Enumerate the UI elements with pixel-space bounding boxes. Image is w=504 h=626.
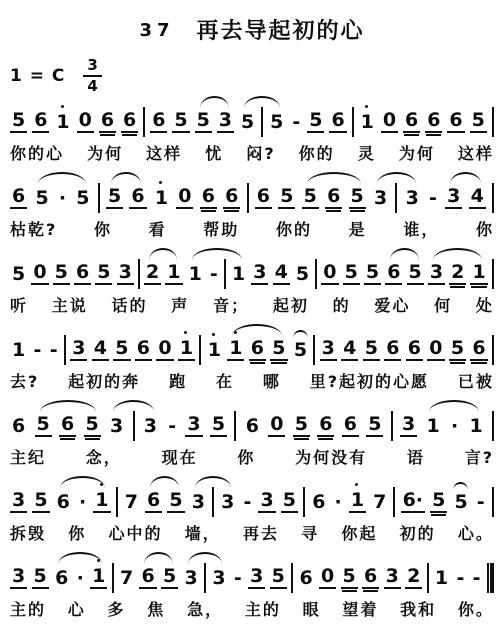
note: 3	[258, 490, 275, 513]
music-line-5: 656533-3560566531·1	[8, 398, 496, 445]
note: 1	[206, 340, 223, 361]
slur-arc	[58, 552, 102, 564]
slur-arc	[144, 552, 173, 564]
barline	[138, 259, 140, 289]
note: 0	[156, 338, 173, 361]
note: 5	[161, 566, 178, 589]
barline	[116, 487, 118, 517]
system-7: 356·176533-356056321--主的心多焦急，主的眼望着我和你。	[8, 550, 496, 626]
note: 5	[53, 262, 70, 285]
dash: -	[475, 492, 487, 513]
barline	[212, 487, 214, 517]
note: 6	[32, 110, 49, 133]
octave-dot	[184, 331, 187, 334]
note: 3	[428, 262, 445, 285]
lyric-word: 话的	[112, 296, 148, 316]
slur-arc	[200, 96, 229, 108]
note: 6·	[401, 490, 425, 513]
note: 2	[449, 262, 466, 285]
note: 3	[404, 188, 421, 209]
note: 5	[32, 490, 49, 513]
system-4: 1--3456011165534566056去?起初的奔跑在哪里?起初的心愿已被	[8, 322, 496, 398]
lyric-word: 再去	[243, 524, 279, 544]
note: 6	[150, 110, 167, 133]
note: 1	[349, 490, 366, 513]
lyric-word: 忧	[205, 144, 223, 164]
system-5: 656533-3560566531·1主纪念，现在你为何没有语言?	[8, 398, 496, 474]
note: 5	[364, 262, 381, 285]
barline	[303, 487, 305, 517]
note: 1	[230, 264, 247, 285]
system-2: 65·55610666556533-34枯乾?你看帮助你的是谁，你	[8, 170, 496, 246]
barline	[427, 563, 429, 593]
dash: -	[48, 340, 60, 361]
final-barline	[487, 563, 494, 593]
note: 0	[427, 338, 444, 361]
note: 5	[470, 110, 487, 133]
lyrics-line-4: 去?起初的奔跑在哪里?起初的心愿已被	[8, 372, 496, 392]
octave-dot	[355, 483, 358, 486]
note: 6	[362, 566, 379, 589]
music-line-4: 1--3456011165534566056	[8, 322, 496, 369]
note: 5	[33, 188, 50, 209]
lyric-word: 主纪	[10, 448, 46, 468]
lyric-word: 你	[94, 220, 112, 240]
lyric-word: 拆毁	[10, 524, 46, 544]
dash: -	[232, 568, 244, 589]
note: 3	[10, 490, 27, 513]
note: 5	[407, 262, 424, 285]
lyric-word: 为何没有	[295, 448, 367, 468]
lyric-word: 现在	[162, 448, 198, 468]
note: 1	[153, 188, 170, 209]
note: 3	[400, 414, 417, 437]
note: 5	[239, 112, 256, 133]
note: 5	[430, 490, 447, 513]
lyric-word: 灵	[358, 144, 376, 164]
note: 6	[200, 186, 217, 209]
lyric-word: 眼	[303, 600, 321, 620]
lyric-word: 这样	[458, 144, 494, 164]
note: 3	[108, 416, 125, 437]
rhythm-dot: ·	[333, 492, 344, 513]
note: 6	[10, 186, 27, 209]
note: 5	[32, 566, 49, 589]
lyric-word: 望着	[342, 600, 378, 620]
note: 6	[297, 568, 314, 589]
lyrics-line-7: 主的心多焦急，主的眼望着我和你。	[8, 600, 496, 620]
barline	[247, 183, 249, 213]
barline	[492, 335, 494, 365]
barline	[315, 259, 317, 289]
note: 5	[172, 110, 189, 133]
rhythm-dot: ·	[77, 492, 88, 513]
music-line-6: 356·176533-356·176·55-	[8, 474, 496, 521]
lyric-word: 你	[68, 524, 86, 544]
music-line-3: 505653211-134505565321	[8, 246, 496, 293]
lyric-word: 听	[10, 296, 28, 316]
note: 4	[273, 262, 290, 285]
key-signature: 1 = C	[10, 66, 65, 86]
note: 5	[35, 414, 52, 437]
note: 1	[187, 264, 204, 285]
slur-arc	[192, 248, 242, 260]
barline	[393, 487, 395, 517]
note: 4	[341, 338, 358, 361]
lyric-word: 语	[407, 448, 425, 468]
note: 6	[470, 338, 487, 361]
slur-arc	[113, 400, 154, 412]
barline	[112, 563, 114, 593]
slur-arc	[429, 400, 479, 412]
note: 7	[118, 568, 135, 589]
note: 5	[268, 112, 285, 133]
note: 3	[10, 566, 27, 589]
barline	[291, 563, 293, 593]
note: 1	[165, 262, 182, 285]
octave-dot	[212, 333, 215, 336]
time-signature-numerator: 3	[83, 57, 101, 77]
note: 5	[210, 414, 227, 437]
note: 5	[278, 186, 295, 209]
lyric-word: 你的	[299, 144, 335, 164]
note: 5	[307, 110, 324, 133]
lyric-word: 跑	[169, 372, 187, 392]
note: 6	[403, 110, 420, 133]
note: 5	[74, 188, 91, 209]
lyric-word: 处	[476, 296, 494, 316]
barline	[224, 259, 226, 289]
note: 1	[178, 338, 195, 361]
barline	[352, 107, 354, 137]
note: 4	[92, 338, 109, 361]
slur-arc	[307, 172, 361, 184]
lyric-word: 你的心	[10, 144, 64, 164]
note: 5	[10, 264, 27, 285]
slur-arc	[111, 172, 141, 184]
note: 6	[53, 568, 70, 589]
note: 5	[270, 566, 287, 589]
note: 6	[249, 338, 266, 361]
note: 6	[99, 110, 116, 133]
note: 1	[93, 490, 110, 513]
lyrics-line-3: 听主说话的声音；起初的爱心何处	[8, 296, 496, 316]
lyric-word: 这样	[146, 144, 182, 164]
note: 1	[227, 338, 244, 361]
note: 5	[167, 490, 184, 513]
lyric-word: 已被	[458, 372, 494, 392]
lyric-word: 你起	[341, 524, 377, 544]
note: 6	[310, 492, 327, 513]
lyric-word: 看	[149, 220, 167, 240]
lyric-word: 帮助	[203, 220, 239, 240]
note: 5	[270, 338, 287, 361]
lyrics-line-1: 你的心为何这样忧闷?你的灵为何这样	[8, 144, 496, 164]
note: 0	[31, 262, 48, 285]
note: 6	[135, 338, 152, 361]
lyric-word: 主的	[10, 600, 46, 620]
dash: -	[454, 568, 466, 589]
dash: -	[208, 264, 220, 285]
system-3: 505653211-134505565321听主说话的声音；起初的爱心何处	[8, 246, 496, 322]
note: 5	[349, 186, 366, 209]
lyric-word: 音；	[213, 296, 249, 316]
note: 1	[424, 416, 441, 437]
barline	[261, 107, 263, 137]
lyric-word: 心中的	[108, 524, 162, 544]
note: 5	[452, 492, 469, 513]
barline	[492, 487, 494, 517]
score: 561066655355-56106665你的心为何这样忧闷?你的灵为何这样65…	[8, 94, 496, 626]
dash: -	[32, 340, 44, 361]
note: 3	[219, 492, 236, 513]
music-line-7: 356·176533-356056321--	[8, 550, 496, 597]
fermata-arc	[293, 330, 308, 338]
note: 6	[317, 414, 334, 437]
lyric-word: 我和	[400, 600, 436, 620]
note: 3	[251, 262, 268, 285]
rhythm-dot: ·	[449, 416, 460, 437]
barline	[98, 183, 100, 213]
fermata-arc	[453, 482, 468, 490]
note: 3	[183, 568, 200, 589]
lyric-word: 言?	[465, 448, 494, 468]
barline	[64, 335, 66, 365]
barline	[199, 335, 201, 365]
lyric-word: 何	[434, 296, 452, 316]
note: 5	[302, 186, 319, 209]
note: 2	[144, 262, 161, 285]
lyric-word: 初的	[400, 524, 436, 544]
note: 6	[59, 414, 76, 437]
slur-arc	[60, 476, 105, 488]
slur-arc	[244, 96, 280, 108]
slur-arc	[188, 552, 222, 564]
note: 6	[385, 262, 402, 285]
slur-arc	[377, 172, 416, 184]
slur-arc	[433, 248, 482, 260]
barline	[492, 183, 494, 213]
lyric-word: 你	[237, 448, 255, 468]
note: 2	[405, 566, 422, 589]
note: 3	[190, 492, 207, 513]
note: 6	[325, 186, 342, 209]
lyric-word: 为何	[399, 144, 435, 164]
barline	[313, 335, 315, 365]
note: 5	[363, 338, 380, 361]
note: 5	[106, 186, 123, 209]
slur-arc	[40, 400, 96, 412]
note: 6	[255, 186, 272, 209]
lyric-word: 急，	[187, 600, 223, 620]
lyric-word: 是	[349, 220, 367, 240]
page-title: 再去导起初的心	[197, 19, 365, 44]
note: 1	[467, 416, 484, 437]
lyric-word: 哪	[263, 372, 281, 392]
barline	[492, 107, 494, 137]
lyric-word: 为何	[87, 144, 123, 164]
lyric-word: 里?起初的心愿	[310, 372, 429, 392]
lyric-word: 心。	[458, 524, 494, 544]
barline	[204, 563, 206, 593]
note: 5	[294, 264, 311, 285]
note: 6	[121, 110, 138, 133]
note: 6	[223, 186, 240, 209]
octave-dot	[159, 181, 162, 184]
lyric-word: 焦	[147, 600, 165, 620]
note: 4	[469, 186, 486, 209]
note: 3	[384, 566, 401, 589]
note: 1	[433, 568, 450, 589]
note: 3	[185, 414, 202, 437]
lyrics-line-2: 枯乾?你看帮助你的是谁，你	[8, 220, 496, 240]
time-signature: 3 4	[83, 57, 101, 94]
dash: -	[471, 568, 483, 589]
lyrics-line-5: 主纪念，现在你为何没有语言?	[8, 448, 496, 468]
barline	[395, 183, 397, 213]
lyric-word: 你	[476, 220, 494, 240]
note: 5	[292, 340, 309, 361]
note: 6	[384, 338, 401, 361]
lyric-word: 你的	[276, 220, 312, 240]
header: 37再去导起初的心	[8, 14, 496, 45]
lyric-word: 枯乾?	[10, 220, 57, 240]
lyric-word: 的	[333, 296, 351, 316]
lyric-word: 墙，	[185, 524, 221, 544]
note: 5	[449, 338, 466, 361]
note: 5	[366, 414, 383, 437]
slur-arc	[195, 476, 231, 488]
sheet-music-page: 37再去导起初的心 1 = C 3 4 561066655355-5610666…	[0, 0, 504, 626]
note: 3	[217, 110, 234, 133]
music-line-2: 65·55610666556533-34	[8, 170, 496, 217]
octave-dot	[61, 105, 64, 108]
system-6: 356·176533-356·176·55-拆毁你心中的墙，再去寻你起初的心。	[8, 474, 496, 550]
dash: -	[166, 416, 178, 437]
note: 6	[329, 110, 346, 133]
lyrics-line-6: 拆毁你心中的墙，再去寻你起初的心。	[8, 524, 496, 544]
barline	[391, 411, 393, 441]
note: 6	[55, 492, 72, 513]
note: 6	[129, 186, 146, 209]
slur-arc	[38, 172, 86, 184]
dash: -	[427, 188, 439, 209]
note: 5	[293, 414, 310, 437]
lyric-word: 主的	[245, 600, 281, 620]
note: 7	[371, 492, 388, 513]
song-number: 37	[139, 20, 174, 41]
note: 1	[90, 566, 107, 589]
note: 6	[145, 490, 162, 513]
note: 5	[84, 414, 101, 437]
note: 3	[210, 568, 227, 589]
slur-arc	[149, 248, 177, 260]
note: 6	[425, 110, 442, 133]
note: 3	[320, 338, 337, 361]
note: 5	[113, 338, 130, 361]
lyric-word: 在	[216, 372, 234, 392]
barline	[234, 411, 236, 441]
note: 6	[406, 338, 423, 361]
note: 6	[139, 566, 156, 589]
lyric-word: 闷?	[246, 144, 275, 164]
note: 7	[123, 492, 140, 513]
note: 3	[248, 566, 265, 589]
dash: -	[241, 492, 253, 513]
note: 6	[74, 262, 91, 285]
note: 1	[10, 340, 27, 361]
note: 1	[54, 112, 71, 133]
slur-arc	[232, 324, 282, 336]
note: 5	[343, 262, 360, 285]
barline	[492, 259, 494, 289]
lyric-word: 去?	[10, 372, 39, 392]
note: 5	[95, 262, 112, 285]
lyric-word: 心	[68, 600, 86, 620]
lyric-word: 谁，	[403, 220, 439, 240]
note: 5	[341, 566, 358, 589]
note: 5	[281, 490, 298, 513]
note: 0	[321, 262, 338, 285]
lyric-word: 主说	[52, 296, 88, 316]
note: 6	[342, 414, 359, 437]
dash: -	[290, 112, 302, 133]
barline	[133, 411, 135, 441]
note: 3	[142, 416, 159, 437]
note: 0	[381, 110, 398, 133]
note: 3	[117, 262, 134, 285]
time-signature-denominator: 4	[87, 77, 97, 95]
barline	[492, 411, 494, 441]
rhythm-dot: ·	[75, 568, 86, 589]
lyric-word: 寻	[301, 524, 319, 544]
note: 3	[372, 188, 389, 209]
octave-dot	[365, 105, 368, 108]
note: 1	[359, 112, 376, 133]
music-line-1: 561066655355-56106665	[8, 94, 496, 141]
note: 6	[244, 416, 261, 437]
barline	[143, 107, 145, 137]
slur-arc	[390, 248, 419, 260]
note: 5	[10, 110, 27, 133]
note: 3	[70, 338, 87, 361]
lyric-word: 起初的奔	[68, 372, 140, 392]
key-signature-row: 1 = C 3 4	[10, 57, 496, 94]
lyric-word: 爱心	[374, 296, 410, 316]
lyric-word: 声	[171, 296, 189, 316]
note: 6	[447, 110, 464, 133]
note: 3	[445, 186, 462, 209]
lyric-word: 念，	[86, 448, 122, 468]
system-1: 561066655355-56106665你的心为何这样忧闷?你的灵为何这样	[8, 94, 496, 170]
note: 0	[176, 186, 193, 209]
note: 6	[10, 416, 27, 437]
rhythm-dot: ·	[57, 188, 68, 209]
slur-arc	[150, 476, 179, 488]
lyric-word: 多	[108, 600, 126, 620]
slur-arc	[450, 172, 481, 184]
note: 1	[470, 262, 487, 285]
note: 0	[77, 110, 94, 133]
note: 5	[195, 110, 212, 133]
lyric-word: 起初	[273, 296, 309, 316]
lyric-word: 你。	[458, 600, 494, 620]
note: 0	[268, 414, 285, 437]
note: 0	[319, 566, 336, 589]
